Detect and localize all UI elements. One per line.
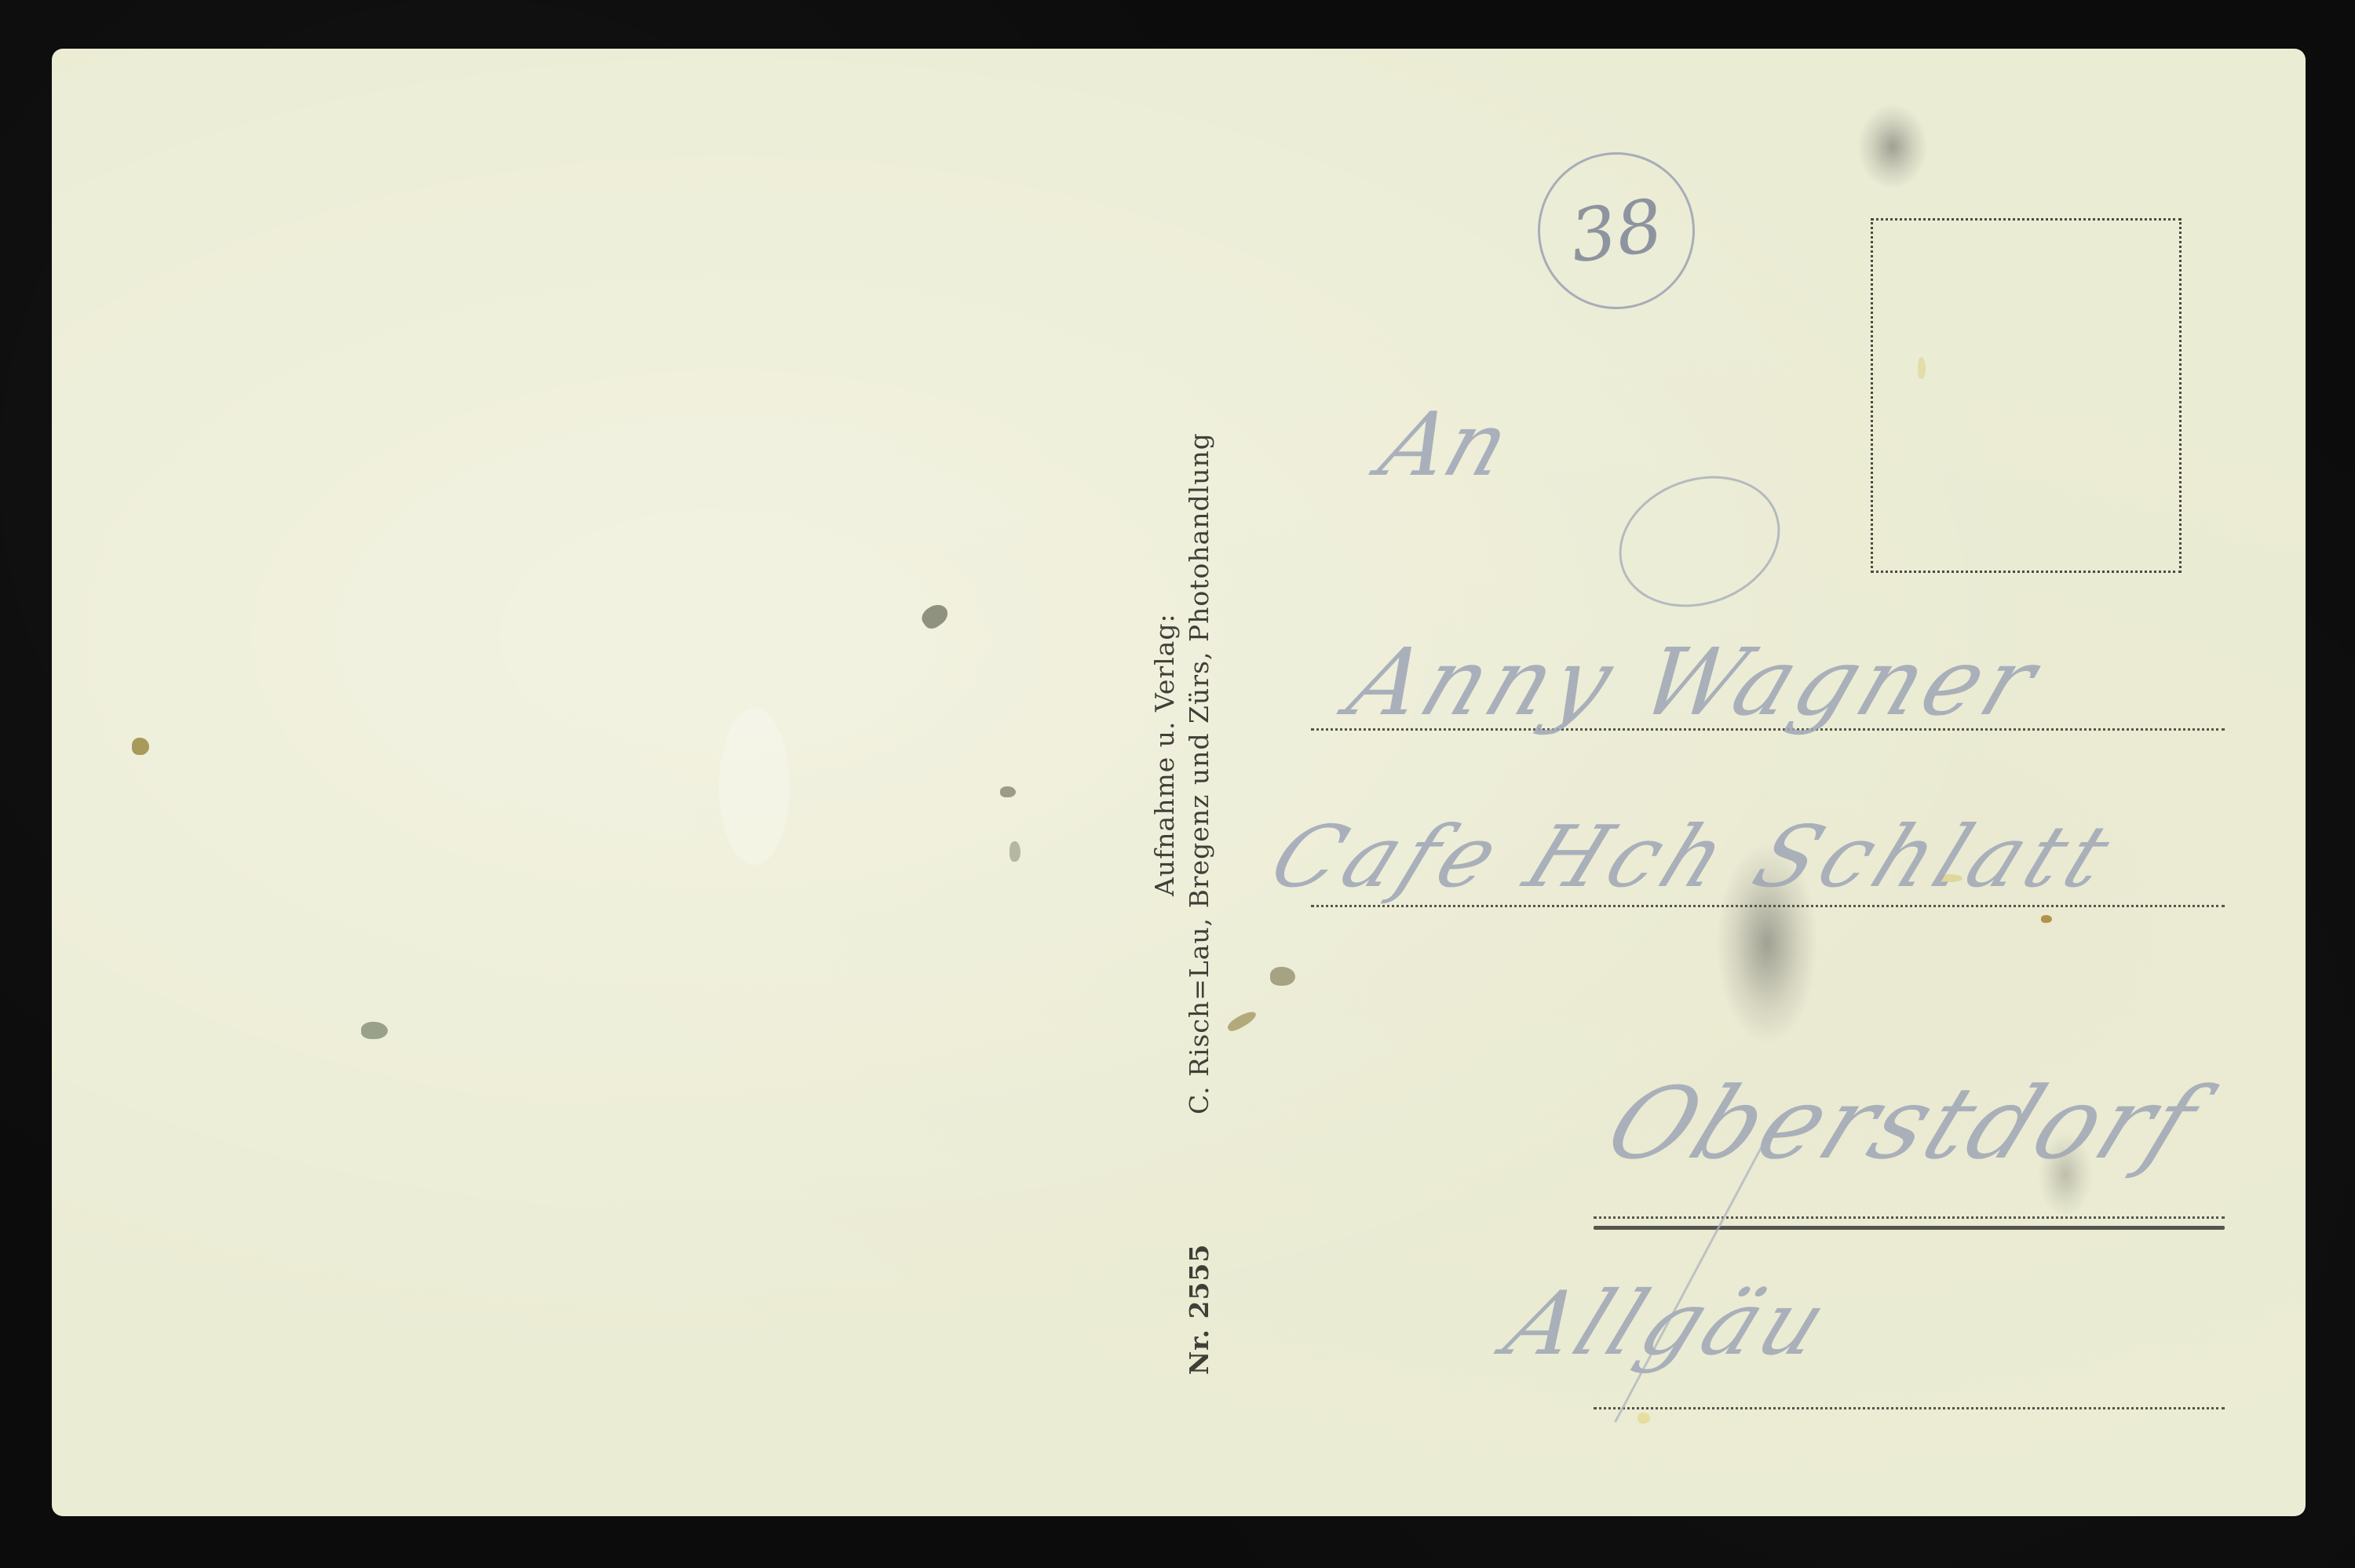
stain-spot [132, 738, 149, 755]
postcard-back: Aufnahme u. Verlag: C. Risch=Lau, Bregen… [52, 49, 2306, 1516]
imprint-aufnahme-verlag: Aufnahme u. Verlag: [1149, 613, 1180, 896]
circled-catalog-number: 38 [1528, 142, 1705, 319]
stain-spot [918, 600, 952, 633]
stain-spot [1270, 967, 1295, 986]
handwritten-salutation: An [1368, 394, 1521, 496]
pencil-flourish [1601, 454, 1798, 629]
imprint-publisher-line: C. Risch=Lau, Bregenz und Zürs, Photohan… [1184, 432, 1214, 1114]
handwritten-recipient-name: Anny Wagner [1335, 628, 2055, 736]
stain-spot [1010, 841, 1020, 862]
address-line-4 [1594, 1407, 2225, 1409]
handwritten-address-line: Cafe Hch Schlatt [1257, 808, 2130, 906]
stain-spot [2041, 915, 2052, 923]
stain-spot [1000, 786, 1016, 797]
imprint-card-number: Nr. 2555 [1184, 1244, 1214, 1375]
faint-stain [719, 708, 790, 865]
stain-spot [361, 1022, 388, 1039]
stain-spot [1638, 1413, 1650, 1424]
stain-spot [1225, 1008, 1258, 1034]
catalog-number-text: 38 [1565, 183, 1668, 279]
pencil-smudge [1857, 104, 1928, 190]
handwritten-city: Oberstdorf [1590, 1066, 2216, 1181]
address-underline-city [1594, 1226, 2225, 1230]
stamp-box [1871, 218, 2182, 573]
address-line-3 [1594, 1216, 2225, 1219]
